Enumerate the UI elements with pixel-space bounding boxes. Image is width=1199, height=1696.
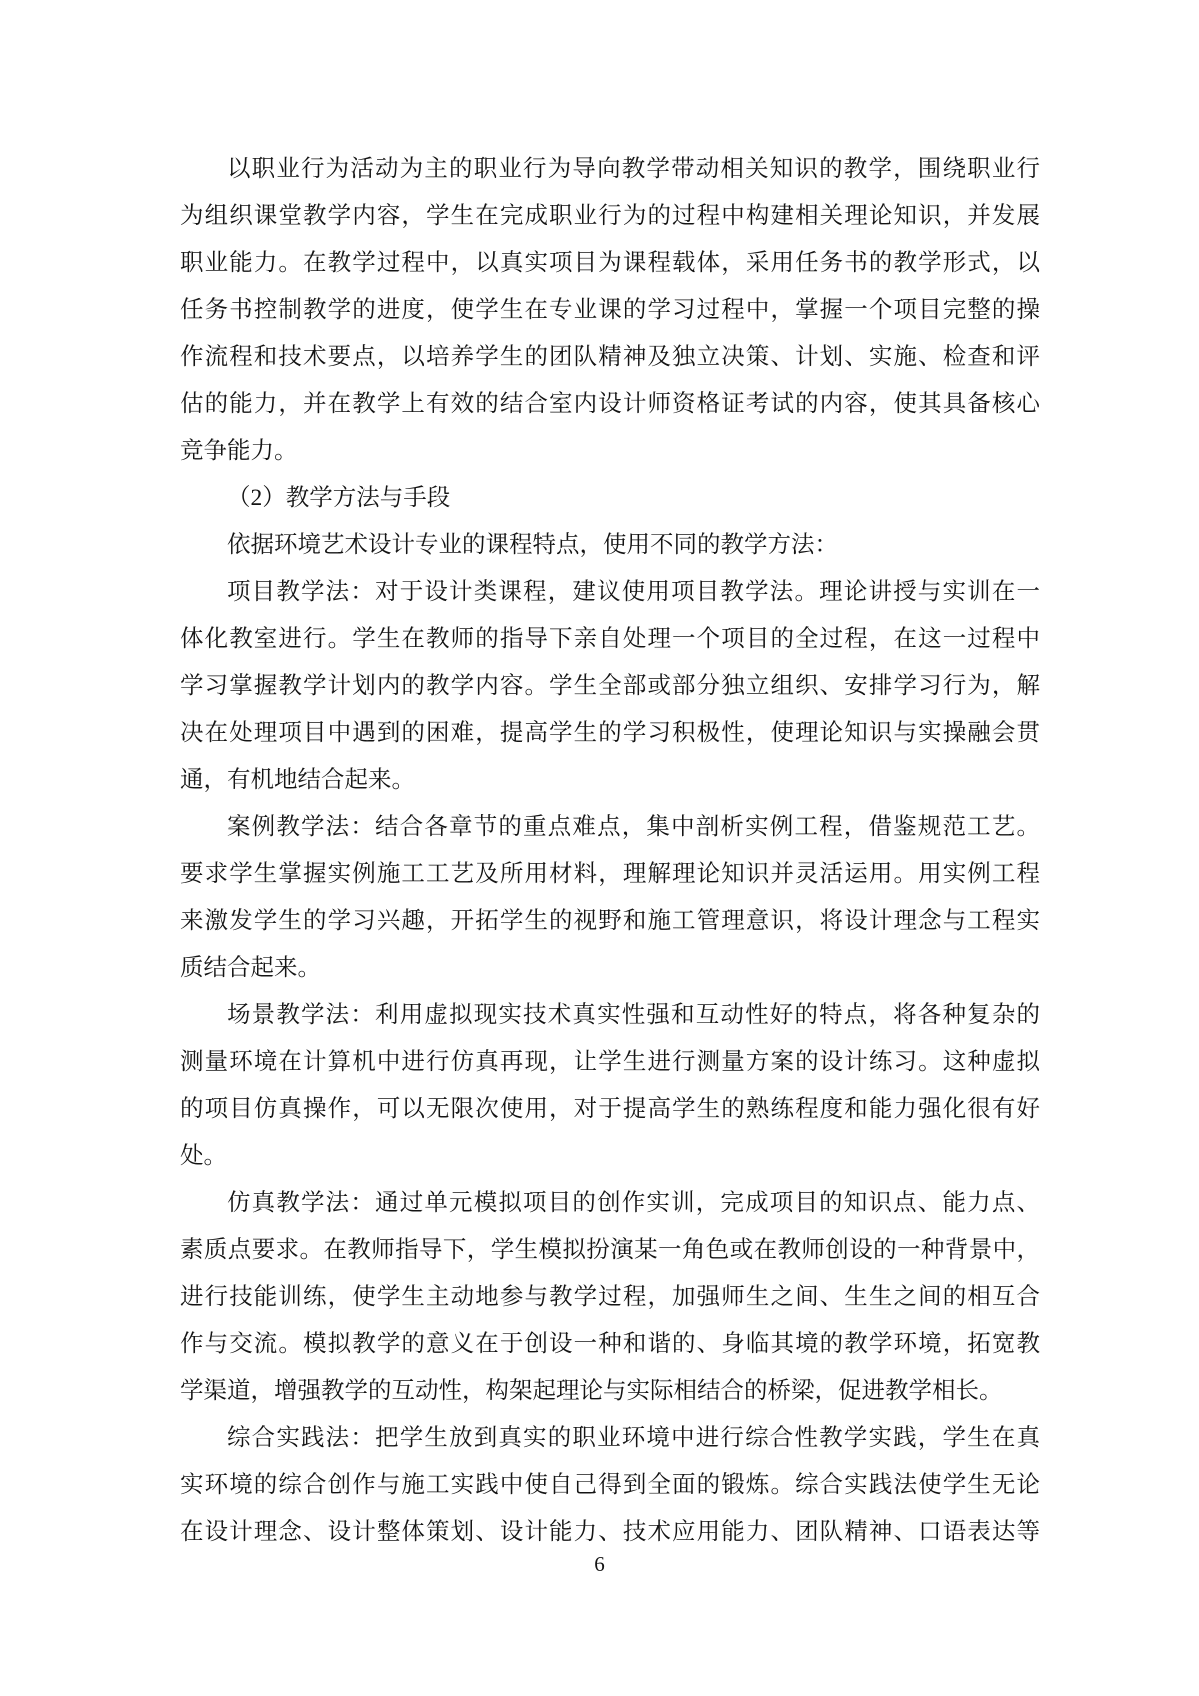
text-line: 依据环境艺术设计专业的课程特点，使用不同的教学方法： xyxy=(180,522,1040,569)
document-page: 以职业行为活动为主的职业行为导向教学带动相关知识的教学，围绕职业行为组织课堂教学… xyxy=(0,0,1199,1696)
text-line: 作与交流。模拟教学的意义在于创设一种和谐的、身临其境的教学环境，拓宽教 xyxy=(180,1321,1040,1368)
text-line: 仿真教学法：通过单元模拟项目的创作实训，完成项目的知识点、能力点、 xyxy=(180,1180,1040,1227)
text-line: 估的能力，并在教学上有效的结合室内设计师资格证考试的内容，使其具备核心 xyxy=(180,381,1040,428)
text-line: 测量环境在计算机中进行仿真再现，让学生进行测量方案的设计练习。这种虚拟 xyxy=(180,1039,1040,1086)
text-line: 以职业行为活动为主的职业行为导向教学带动相关知识的教学，围绕职业行 xyxy=(180,146,1040,193)
text-line: 学习掌握教学计划内的教学内容。学生全部或部分独立组织、安排学习行为，解 xyxy=(180,663,1040,710)
text-line: 作流程和技术要点，以培养学生的团队精神及独立决策、计划、实施、检查和评 xyxy=(180,334,1040,381)
text-line: 项目教学法：对于设计类课程，建议使用项目教学法。理论讲授与实训在一 xyxy=(180,569,1040,616)
text-line: 场景教学法：利用虚拟现实技术真实性强和互动性好的特点，将各种复杂的 xyxy=(180,992,1040,1039)
text-line: 为组织课堂教学内容，学生在完成职业行为的过程中构建相关理论知识，并发展 xyxy=(180,193,1040,240)
text-line: 实环境的综合创作与施工实践中使自己得到全面的锻炼。综合实践法使学生无论 xyxy=(180,1462,1040,1509)
text-line: 竞争能力。 xyxy=(180,428,1040,475)
paragraph: 综合实践法：把学生放到真实的职业环境中进行综合性教学实践，学生在真实环境的综合创… xyxy=(180,1415,1040,1556)
text-line: 学渠道，增强教学的互动性，构架起理论与实际相结合的桥梁，促进教学相长。 xyxy=(180,1368,1040,1415)
paragraph: 依据环境艺术设计专业的课程特点，使用不同的教学方法： xyxy=(180,522,1040,569)
text-line: 体化教室进行。学生在教师的指导下亲自处理一个项目的全过程，在这一过程中 xyxy=(180,616,1040,663)
paragraph: 以职业行为活动为主的职业行为导向教学带动相关知识的教学，围绕职业行为组织课堂教学… xyxy=(180,146,1040,475)
paragraph: 仿真教学法：通过单元模拟项目的创作实训，完成项目的知识点、能力点、素质点要求。在… xyxy=(180,1180,1040,1415)
text-line: 素质点要求。在教师指导下，学生模拟扮演某一角色或在教师创设的一种背景中， xyxy=(180,1227,1040,1274)
page-number: 6 xyxy=(0,1549,1199,1579)
text-line: 决在处理项目中遇到的困难，提高学生的学习积极性，使理论知识与实操融会贯 xyxy=(180,710,1040,757)
text-line: 综合实践法：把学生放到真实的职业环境中进行综合性教学实践，学生在真 xyxy=(180,1415,1040,1462)
text-line: 质结合起来。 xyxy=(180,945,1040,992)
text-line: 的项目仿真操作，可以无限次使用，对于提高学生的熟练程度和能力强化很有好 xyxy=(180,1086,1040,1133)
paragraph: 案例教学法：结合各章节的重点难点，集中剖析实例工程，借鉴规范工艺。要求学生掌握实… xyxy=(180,804,1040,992)
text-line: 进行技能训练，使学生主动地参与教学过程，加强师生之间、生生之间的相互合 xyxy=(180,1274,1040,1321)
text-line: 案例教学法：结合各章节的重点难点，集中剖析实例工程，借鉴规范工艺。 xyxy=(180,804,1040,851)
text-line: 任务书控制教学的进度，使学生在专业课的学习过程中，掌握一个项目完整的操 xyxy=(180,287,1040,334)
paragraph: 场景教学法：利用虚拟现实技术真实性强和互动性好的特点，将各种复杂的测量环境在计算… xyxy=(180,992,1040,1180)
paragraph: 项目教学法：对于设计类课程，建议使用项目教学法。理论讲授与实训在一体化教室进行。… xyxy=(180,569,1040,804)
text-line: 来激发学生的学习兴趣，开拓学生的视野和施工管理意识，将设计理念与工程实 xyxy=(180,898,1040,945)
text-line: 要求学生掌握实例施工工艺及所用材料，理解理论知识并灵活运用。用实例工程 xyxy=(180,851,1040,898)
text-line: （2）教学方法与手段 xyxy=(180,475,1040,522)
text-line: 职业能力。在教学过程中，以真实项目为课程载体，采用任务书的教学形式，以 xyxy=(180,240,1040,287)
text-line: 处。 xyxy=(180,1133,1040,1180)
text-line: 通，有机地结合起来。 xyxy=(180,757,1040,804)
paragraph: （2）教学方法与手段 xyxy=(180,475,1040,522)
document-body: 以职业行为活动为主的职业行为导向教学带动相关知识的教学，围绕职业行为组织课堂教学… xyxy=(180,146,1040,1556)
